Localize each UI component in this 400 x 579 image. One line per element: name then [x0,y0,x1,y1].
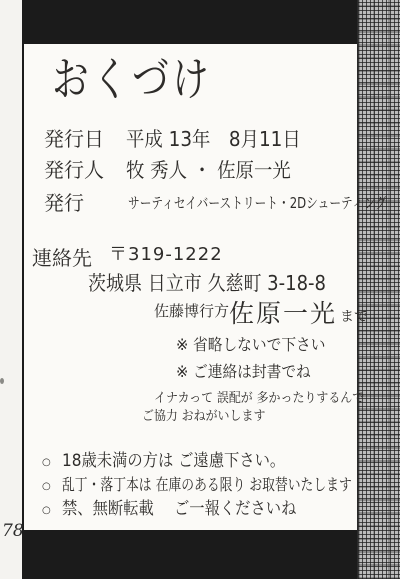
contact-note-1: ※ 省略しないで下さい [176,336,326,354]
publisher-person-value: 牧 秀人 ・ 佐原一光 [126,159,291,181]
publisher-person-label: 発行人 [44,159,104,181]
publish-date-label: 発行日 [44,128,104,150]
recipient-name: 佐原一光 [229,300,337,328]
scan-artifact [0,378,4,384]
contact-remark-2: ご協力 おねがいします [142,410,265,424]
notice-age-restriction: ○ 18歳未満の方は ご遠慮下さい。 [42,452,310,471]
contact-postal-code: 〒319-1222 [109,245,223,265]
recipient-suffix: まで [340,310,368,327]
contact-care-of: 佐藤博行方 [154,303,229,320]
colophon-page: おくづけ 発行日 平成 13年 8月11日 発行人 牧 秀人 ・ 佐原一光 発行… [22,44,357,530]
notice-no-reproduction: ○ 禁、無断転載 ご一報くださいね [42,500,322,519]
publish-date-value: 平成 13年 8月11日 [126,128,301,150]
publisher-circle-label: 発行 [44,192,84,214]
publisher-circle-value: サーティセイバーストリート・2Dシューティング [128,195,387,212]
notice-text: 乱丁・落丁本は 在庫のある限り お取替いたします [62,476,352,494]
page-number: 78 [2,523,24,540]
notice-defective-copies: ○ 乱丁・落丁本は 在庫のある限り お取替いたします [42,476,400,494]
circle-bullet-icon: ○ [42,476,62,492]
notice-text: 禁、無断転載 ご一報くださいね [62,500,296,519]
notice-text: 18歳未満の方は ご遠慮下さい。 [62,452,285,471]
contact-recipient: 佐原一光 まで [229,300,368,328]
contact-remark-1: イナカって 誤配が 多かったりするんで [154,392,364,406]
bottom-black-bar [22,530,357,579]
contact-address: 茨城県 日立市 久慈町 3-18-8 [88,272,326,294]
scanned-doujinshi-page: おくづけ 発行日 平成 13年 8月11日 発行人 牧 秀人 ・ 佐原一光 発行… [0,0,400,579]
page-title: おくづけ [52,54,212,105]
top-black-bar [22,0,357,44]
contact-note-2: ※ ご連絡は封書でね [176,363,311,381]
contact-label: 連絡先 [32,247,92,269]
circle-bullet-icon: ○ [42,452,62,468]
circle-bullet-icon: ○ [42,500,62,516]
